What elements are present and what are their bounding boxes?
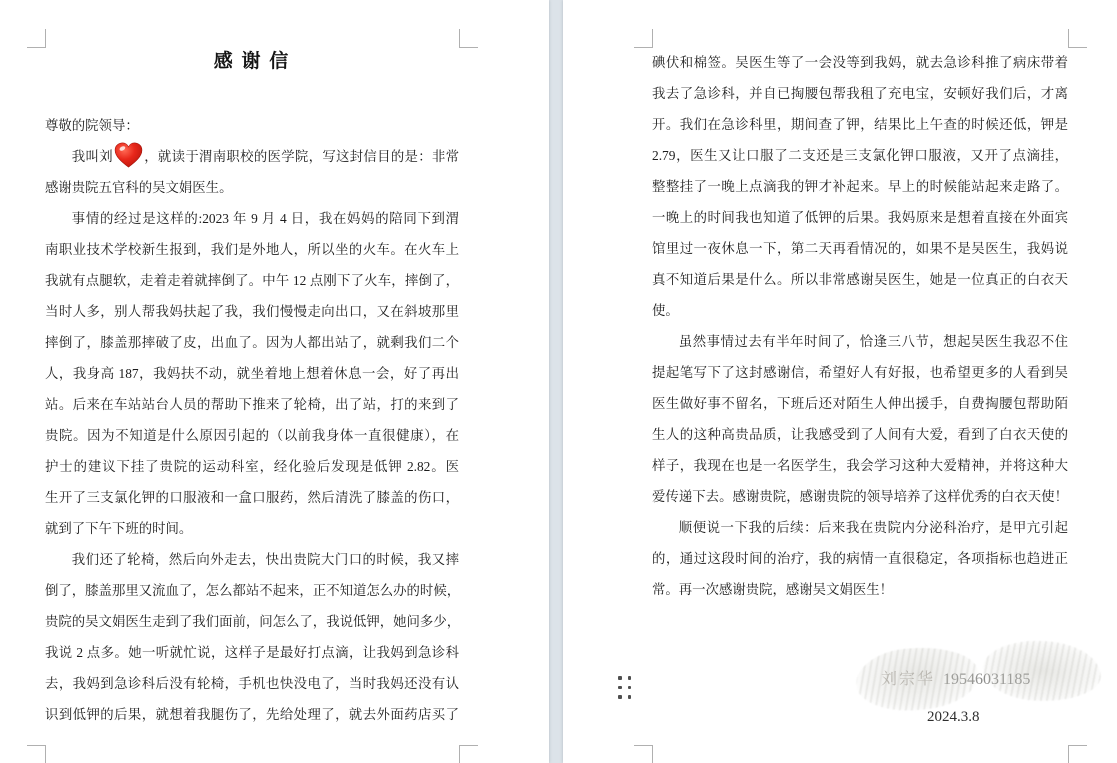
page-1: 感 谢 信 尊敬的院领导：我叫刘，就读于渭南职校的医学院，写这封信目的是：非常感… (0, 0, 549, 763)
page-2: 碘伏和棉签。吴医生等了一会没等到我妈，就去急诊科推了病床带着我去了急诊科，并自已… (563, 0, 1117, 763)
text-line: 就到了下午下班的时间。 (45, 513, 459, 544)
page2-text: 碘伏和棉签。吴医生等了一会没等到我妈，就去急诊科推了病床带着我去了急诊科，并自已… (652, 47, 1068, 605)
text-line: 爱传递下去。感谢贵院，感谢贵院的领导培养了这样优秀的白衣天使！ (652, 481, 1068, 512)
margin-corner-mark (27, 29, 46, 48)
text-line: 提起笔写下了这封感谢信，希望好人有好报，也希望更多的人看到吴 (652, 357, 1068, 388)
margin-corner-mark (1068, 745, 1087, 763)
text-line: 整整挂了一晚上点滴我的钾才补起来。早上的时候能站起来走路了。 (652, 171, 1068, 202)
text-line: 我就有点腿软，走着走着就摔倒了。中午 12 点刚下了火车，摔倒了， (45, 265, 459, 296)
text-line: 贵院。因为不知道是什么原因引起的（以前我身体一直很健康），在 (45, 420, 459, 451)
text-line: 我们还了轮椅，然后向外走去，快出贵院大门口的时候，我又摔 (45, 544, 459, 575)
text-line: 去，我妈到急诊科后没有轮椅，手机也快没电了，当时我妈还没有认 (45, 668, 459, 699)
signature-line: 刘宗华19546031185 (881, 670, 1030, 690)
text-line: 我叫刘，就读于渭南职校的医学院，写这封信目的是：非常 (45, 141, 459, 172)
text-line: 尊敬的院领导： (45, 110, 459, 141)
text-line: 虽然事情过去有半年时间了，恰逢三八节，想起吴医生我忍不住 (652, 326, 1068, 357)
heart-emoji (114, 142, 143, 168)
margin-corner-mark (459, 29, 478, 48)
text-line: 感谢贵院五官科的吴文娟医生。 (45, 172, 459, 203)
text-line: 站。后来在车站站台人员的帮助下推来了轮椅，出了站，打的来到了 (45, 389, 459, 420)
text-line: 我说 2 点多。她一听就忙说，这样子是最好打点滴，让我妈到急诊科 (45, 637, 459, 668)
text-line: 样子，我现在也是一名医学生，我会学习这种大爱精神，并将这种大 (652, 450, 1068, 481)
text-line: 人，我身高 187，我妈扶不动，就坐着地上想着休息一会，好了再出 (45, 358, 459, 389)
text-line: 事情的经过是这样的:2023 年 9 月 4 日，我在妈妈的陪同下到渭 (45, 203, 459, 234)
text-line: 常。再一次感谢贵院，感谢吴文娟医生！ (652, 574, 1068, 605)
text-line: 2.79，医生又让口服了二支还是三支氯化钾口服液，又开了点滴挂， (652, 140, 1068, 171)
margin-corner-mark (27, 745, 46, 763)
margin-corner-mark (634, 745, 653, 763)
letter-title: 感 谢 信 (45, 50, 459, 74)
text-line: 当时人多，别人帮我妈扶起了我，我们慢慢走向出口，又在斜坡那里 (45, 296, 459, 327)
page1-text: 尊敬的院领导：我叫刘，就读于渭南职校的医学院，写这封信目的是：非常感谢贵院五官科… (45, 110, 459, 730)
text-line: 一晚上的时间我也知道了低钾的后果。我妈原来是想着直接在外面宾 (652, 202, 1068, 233)
text-line: 使。 (652, 295, 1068, 326)
margin-corner-mark (1068, 29, 1087, 48)
text-line: 真不知道后果是什么。所以非常感谢吴医生，她是一位真正的白衣天 (652, 264, 1068, 295)
signature-name: 刘宗华 (881, 671, 935, 688)
text-line: 生人的这种高贵品质，让我感受到了人间有大爱，看到了白衣天使的 (652, 419, 1068, 450)
text-line: 开。我们在急诊科里，期间查了钾，结果比上午查的时候还低，钾是 (652, 109, 1068, 140)
drag-handle-icon[interactable] (618, 676, 631, 698)
margin-corner-mark (459, 745, 478, 763)
text-line: 的，通过这段时间的治疗，我的病情一直很稳定，各项指标也趋进正 (652, 543, 1068, 574)
text-line: 馆里过一夜休息一下，第二天再看情况的，如果不是吴医生，我妈说 (652, 233, 1068, 264)
text-line: 护士的建议下挂了贵院的运动科室，经化验后发现是低钾 2.82。医 (45, 451, 459, 482)
signature-date: 2024.3.8 (927, 707, 980, 727)
margin-corner-mark (634, 29, 653, 48)
text-line: 顺便说一下我的后续：后来我在贵院内分泌科治疗，是甲亢引起 (652, 512, 1068, 543)
text-line: 倒了，膝盖那里又流血了，怎么都站不起来，正不知道怎么办的时候， (45, 575, 459, 606)
signature-number: 19546031185 (943, 671, 1030, 688)
document-viewer: { "app": { "background_color": "#dce3e9"… (0, 0, 1117, 763)
text-line: 生开了三支氯化钾的口服液和一盒口服药，然后清洗了膝盖的伤口， (45, 482, 459, 513)
text-line: 摔倒了，膝盖那摔破了皮，出血了。因为人都出站了，就剩我们二个 (45, 327, 459, 358)
text-line: 碘伏和棉签。吴医生等了一会没等到我妈，就去急诊科推了病床带着 (652, 47, 1068, 78)
text-line: 南职业技术学校新生报到，我们是外地人，所以坐的火车。在火车上 (45, 234, 459, 265)
text-line: 贵院的吴文娟医生走到了我们面前，问怎么了，我说低钾，她问多少， (45, 606, 459, 637)
text-line: 医生做好事不留名，下班后还对陌生人伸出援手，自费掏腰包帮助陌 (652, 388, 1068, 419)
text-line: 我去了急诊科，并自已掏腰包帮我租了充电宝，安顿好我们后，才离 (652, 78, 1068, 109)
text-line: 识到低钾的后果，就想着我腿伤了，先给处理了，就去外面药店买了 (45, 699, 459, 730)
